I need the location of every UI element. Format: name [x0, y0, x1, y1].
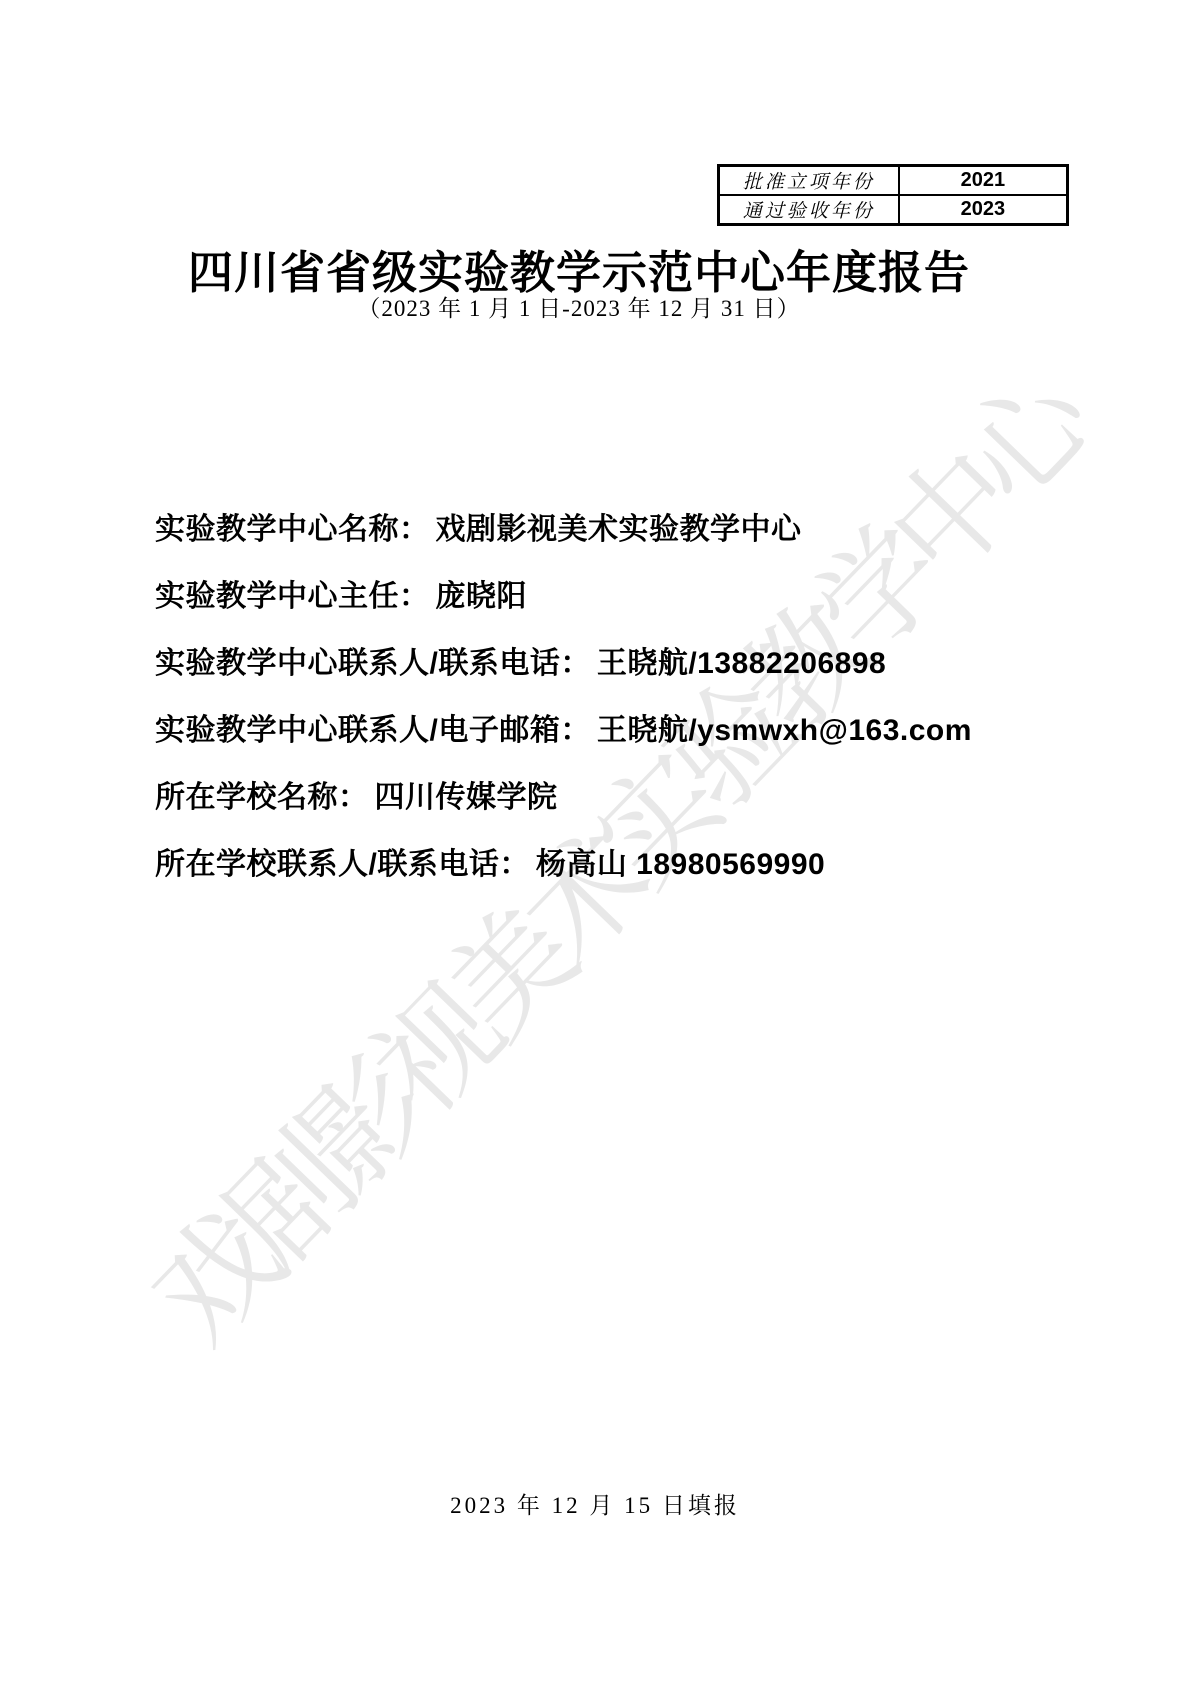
field-label: 实验教学中心联系人/电子邮箱： — [155, 714, 591, 747]
field-label: 所在学校联系人/联系电话： — [155, 848, 530, 881]
approval-year-value: 2021 — [899, 166, 1068, 196]
field-label: 所在学校名称： — [155, 781, 369, 814]
approval-year-label: 批准立项年份 — [719, 166, 899, 196]
table-row: 通过验收年份 2023 — [719, 195, 1068, 225]
field-center-contact-email: 实验教学中心联系人/电子邮箱：王晓航/ysmwxh@163.com — [155, 713, 1055, 749]
field-school-name: 所在学校名称：四川传媒学院 — [155, 780, 1055, 816]
field-center-contact-phone: 实验教学中心联系人/联系电话：王晓航/13882206898 — [155, 646, 1055, 682]
field-label: 实验教学中心主任： — [155, 580, 430, 613]
filing-date: 2023 年 12 月 15 日填报 — [0, 1487, 1190, 1520]
report-date-range: （2023 年 1 月 1 日-2023 年 12 月 31 日） — [0, 290, 1158, 323]
acceptance-year-value: 2023 — [899, 195, 1068, 225]
field-value: 四川传媒学院 — [369, 781, 558, 814]
field-school-contact-phone: 所在学校联系人/联系电话：杨高山 18980569990 — [155, 847, 1055, 883]
field-center-name: 实验教学中心名称：戏剧影视美术实验教学中心 — [155, 512, 1055, 548]
field-center-director: 实验教学中心主任：庞晓阳 — [155, 579, 1055, 615]
field-label: 实验教学中心名称： — [155, 513, 430, 546]
field-value: 庞晓阳 — [430, 580, 528, 613]
field-value: 戏剧影视美术实验教学中心 — [430, 513, 802, 546]
acceptance-year-label: 通过验收年份 — [719, 195, 899, 225]
field-label: 实验教学中心联系人/联系电话： — [155, 647, 591, 680]
field-value: 王晓航/ysmwxh@163.com — [591, 714, 972, 747]
field-value: 王晓航/13882206898 — [591, 647, 886, 680]
field-value: 杨高山 18980569990 — [530, 848, 825, 881]
document-page: 戏剧影视美术实验教学中心 批准立项年份 2021 通过验收年份 2023 四川省… — [0, 0, 1190, 1685]
center-info-block: 实验教学中心名称：戏剧影视美术实验教学中心 实验教学中心主任：庞晓阳 实验教学中… — [155, 512, 1055, 914]
approval-years-table: 批准立项年份 2021 通过验收年份 2023 — [717, 164, 1069, 226]
table-row: 批准立项年份 2021 — [719, 166, 1068, 196]
